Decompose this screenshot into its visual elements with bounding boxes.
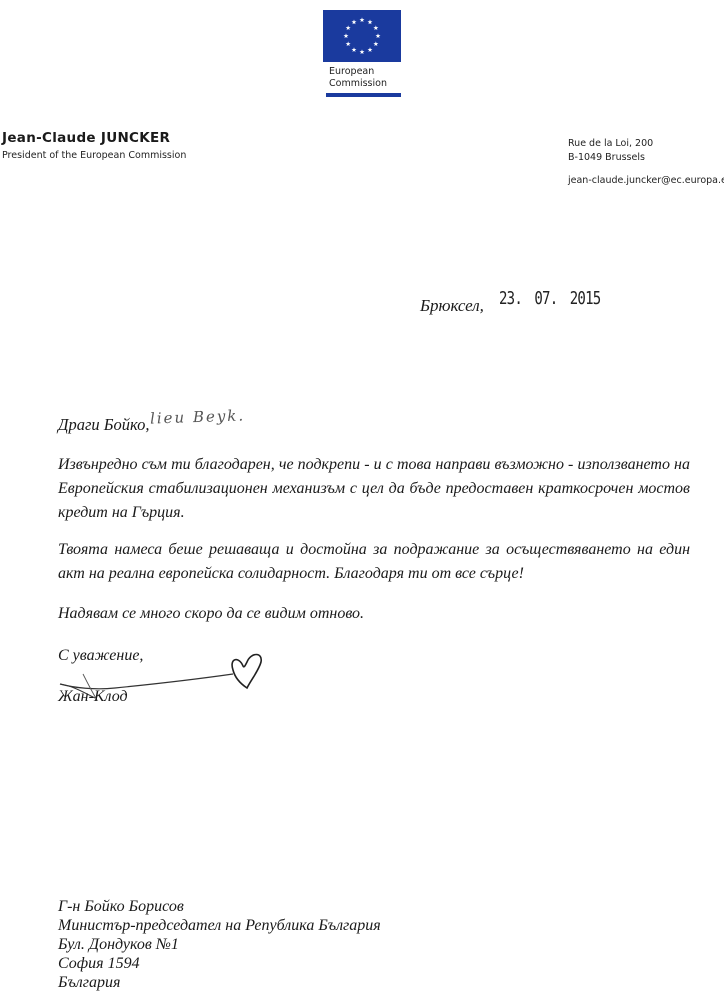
logo-underline [326,93,401,97]
date-stamp: 23. 07. 2015 [499,288,600,309]
letter-paragraph: Надявам се много скоро да се видим отнов… [58,602,690,626]
recipient-city: София 1594 [58,954,381,973]
sender-address: Rue de la Loi, 200 B-1049 Brussels [568,137,653,165]
sender-email: jean-claude.juncker@ec.europa.eu [568,175,724,186]
eu-flag-icon [323,10,401,62]
address-line-1: Rue de la Loi, 200 [568,137,653,151]
recipient-address: Г-н Бойко Борисов Министър-председател н… [58,897,381,992]
recipient-street: Бул. Дондуков №1 [58,935,381,954]
letter-greeting: Драги Бойко, [58,415,150,435]
dateline-city: Брюксел, [420,296,484,316]
letter-paragraph: Твоята намеса беше решаваща и достойна з… [58,538,690,586]
logo-text: European Commission [329,66,387,90]
recipient-country: България [58,973,381,992]
sender-title: President of the European Commission [2,150,186,161]
recipient-title: Министър-председател на Република Българ… [58,916,381,935]
logo-line-2: Commission [329,78,387,90]
european-commission-logo: European Commission [323,10,401,98]
sender-name: Jean-Claude JUNCKER [2,130,170,146]
address-line-2: B-1049 Brussels [568,151,653,165]
letter-paragraph: Извънредно съм ти благодарен, че подкреп… [58,453,690,525]
letter-signoff: Жан-Клод [58,688,128,706]
handwritten-note: lieu Beyk. [150,406,246,427]
recipient-name: Г-н Бойко Борисов [58,897,381,916]
logo-line-1: European [329,66,387,78]
